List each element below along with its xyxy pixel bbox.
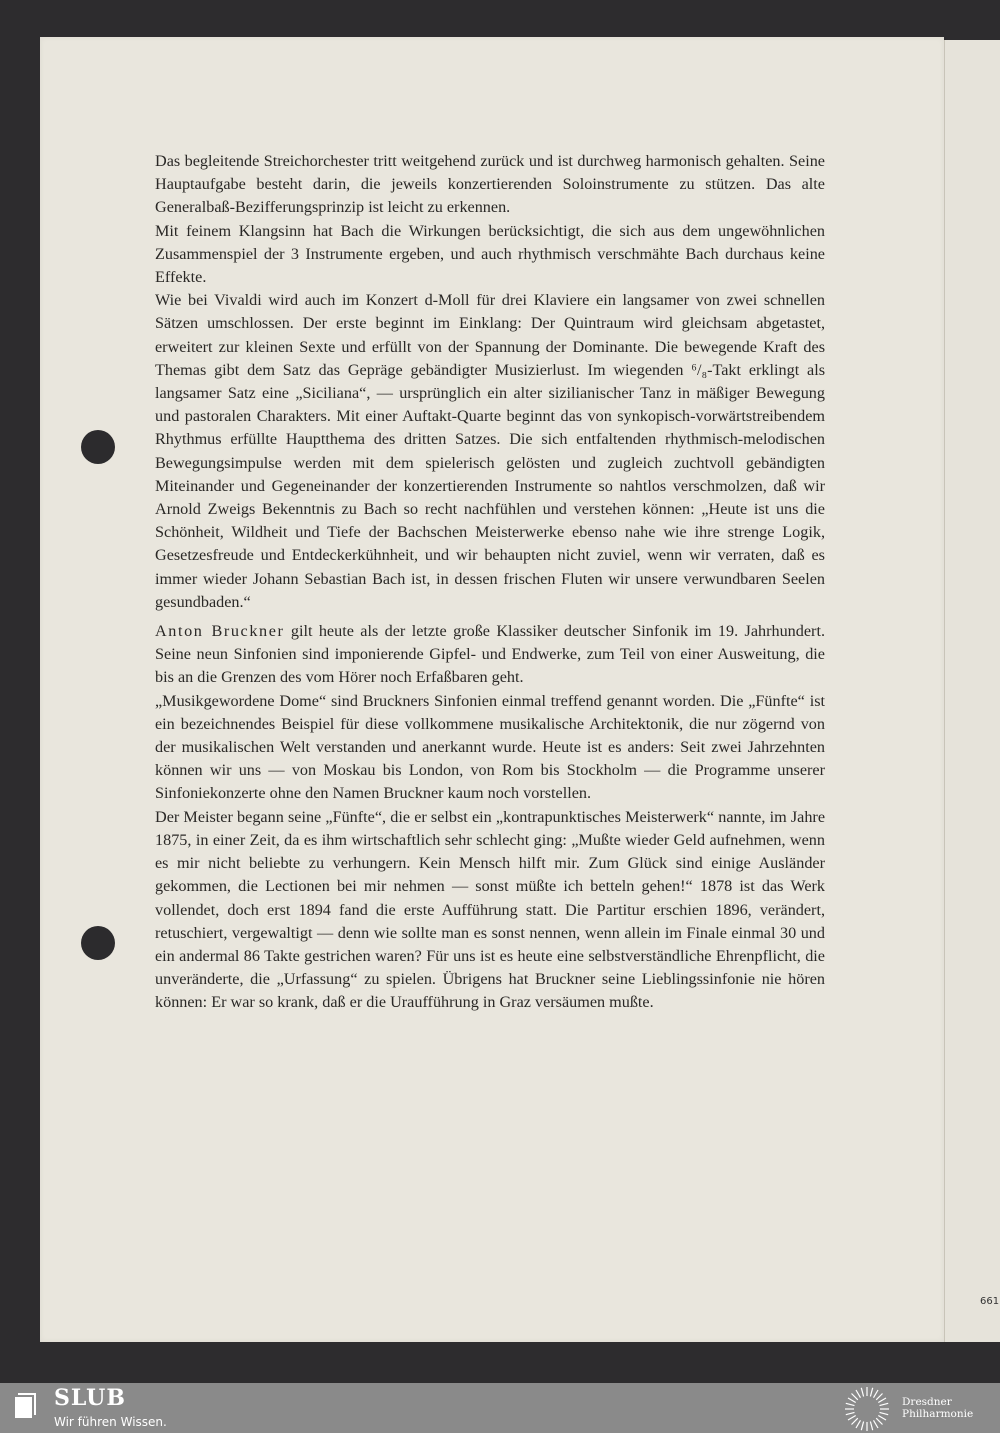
punch-hole-bottom	[81, 926, 115, 960]
paragraph: Wie bei Vivaldi wird auch im Konzert d-M…	[155, 289, 825, 614]
adjacent-page-edge	[944, 40, 1000, 1342]
page-number: 661	[980, 1296, 999, 1307]
paragraph: Anton Bruckner gilt heute als der letzte…	[155, 620, 825, 690]
paragraph: Mit feinem Klangsinn hat Bach die Wirkun…	[155, 220, 825, 290]
slub-tagline: Wir führen Wissen.	[54, 1415, 167, 1429]
book-pages-icon	[14, 1391, 40, 1419]
footer-bar: SLUB Wir führen Wissen.	[0, 1383, 1000, 1433]
paragraph: Das begleitende Streichorchester tritt w…	[155, 150, 825, 220]
sunburst-ring-icon	[840, 1386, 894, 1432]
paragraph: „Musikgewordene Dome“ sind Bruckners Sin…	[155, 690, 825, 806]
philharmonie-line1: Dresdner	[902, 1396, 973, 1408]
slub-brand[interactable]: SLUB	[54, 1385, 126, 1411]
body-text: Das begleitende Streichorchester tritt w…	[155, 150, 825, 1015]
punch-hole-top	[81, 430, 115, 464]
philharmonie-line2: Philharmonie	[902, 1408, 973, 1420]
composer-name: Anton Bruckner	[155, 622, 284, 640]
paragraph: Der Meister begann seine „Fünfte“, die e…	[155, 806, 825, 1015]
philharmonie-brand[interactable]: Dresdner Philharmonie	[902, 1396, 973, 1420]
